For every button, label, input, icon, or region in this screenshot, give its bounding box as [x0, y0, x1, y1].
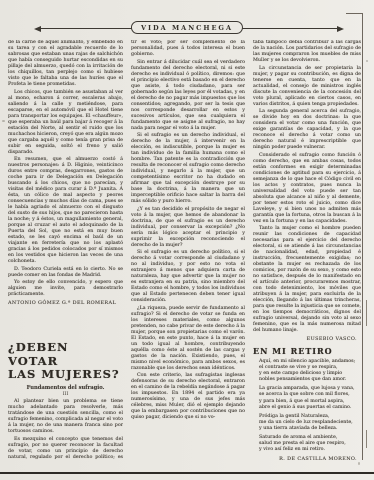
column-middle: tir el voto; por ser complemento de la p…: [131, 40, 245, 460]
arrow-left-icon: [34, 26, 41, 32]
poem-stanza: La gracia amparada, que lujosa y vana, s…: [259, 386, 361, 410]
poem-stanza: Pródiga la gentil Naturaleza, me da un c…: [259, 414, 361, 432]
page-edge-mark: [366, 430, 367, 448]
poem-stanza: Aquí, en mi silencio apacible, andamos; …: [259, 359, 361, 383]
article-paragraph: taba tampoco debía contribuir á las carg…: [253, 40, 361, 64]
article-part-number: III: [8, 392, 123, 397]
newspaper-page: VIDA MANCHEGA de la carne de aquel anima…: [0, 0, 374, 480]
article-paragraph: Al plantear bien un problema se tiene mu…: [8, 399, 123, 435]
author-signature: EUSEBIO VASCO.: [253, 336, 361, 342]
story-continuation: de la carne de aquel animalito, y embebi…: [8, 40, 123, 337]
poem-stanza: Saturado de aroma el ambiente, salud me …: [259, 435, 361, 453]
scan-speck: [366, 60, 368, 62]
article-paragraph: ¿Y es tan decidido el propósito de negar…: [131, 207, 245, 249]
article-paragraph: de la carne de aquel animalito, y embebi…: [8, 40, 123, 88]
article-paragraph: tir el voto; por ser complemento de la p…: [131, 40, 245, 58]
article-paragraph: Si el sufragio es un derecho político, s…: [131, 250, 245, 304]
article-headline: ¿DEBEN VOTAR LAS MUJERES?: [8, 341, 123, 382]
article-paragraph: Es mezquino el concepto que tenemos del …: [8, 437, 123, 461]
poem-title: EN MI RETIRO: [253, 346, 361, 356]
article-paragraph: Yo estoy de ello convencido, y espero qu…: [8, 280, 123, 298]
author-signature: ANTONIO GÓMEZ G.ª DEL ROMERAL: [8, 300, 123, 306]
article-paragraph: Considerado el sufragio como función ó c…: [253, 153, 361, 225]
bottom-rule: [0, 472, 374, 475]
article-paragraph: La segunda general acerca del sufragio, …: [253, 109, 361, 151]
article-paragraph: ¿La riqueza, puede servir de fundamento …: [131, 306, 245, 372]
arrow-right-icon: [337, 26, 344, 32]
column-right: taba tampoco debía contribuir á las carg…: [253, 40, 361, 460]
article-paragraph: En resumen, que el almuerzo costó á nues…: [8, 157, 123, 265]
headline-line1: ¿DEBEN VOTAR: [8, 340, 68, 368]
article-subtitle: Fundamentos del sufragio.: [8, 385, 123, 391]
article-paragraph: La circunstancia de ser propietaria la m…: [253, 66, 361, 108]
article-paragraph: Los chicos, que también se asustaban al …: [8, 90, 123, 156]
masthead-title: VIDA MANCHEGA: [141, 24, 233, 32]
article-paragraph: Con este criterio, las sufragistas ingle…: [131, 373, 245, 421]
headline-line2: LAS MUJERES?: [8, 367, 120, 381]
article-paragraph: Si el sufragio es un derecho individual,…: [131, 133, 245, 205]
scan-speck: [2, 120, 5, 122]
column-left: de la carne de aquel animalito, y embebi…: [8, 40, 123, 460]
page-edge-corner: [346, 13, 363, 14]
masthead-box: VIDA MANCHEGA: [131, 21, 243, 34]
scan-speck: [358, 462, 360, 465]
article-paragraph: D. Teodoro Curiela está en lo cierto. No…: [8, 267, 123, 279]
poem-signature: R. DE CASTILLA MORENO.: [253, 456, 361, 460]
article-paragraph: Tanto la mujer como el hombre pueden reu…: [253, 226, 361, 334]
article-paragraph: Sin entrar á dilucidar cuál sea el verda…: [131, 60, 245, 132]
page-edge-line: [362, 14, 363, 460]
page-edge-mark: [366, 300, 367, 326]
